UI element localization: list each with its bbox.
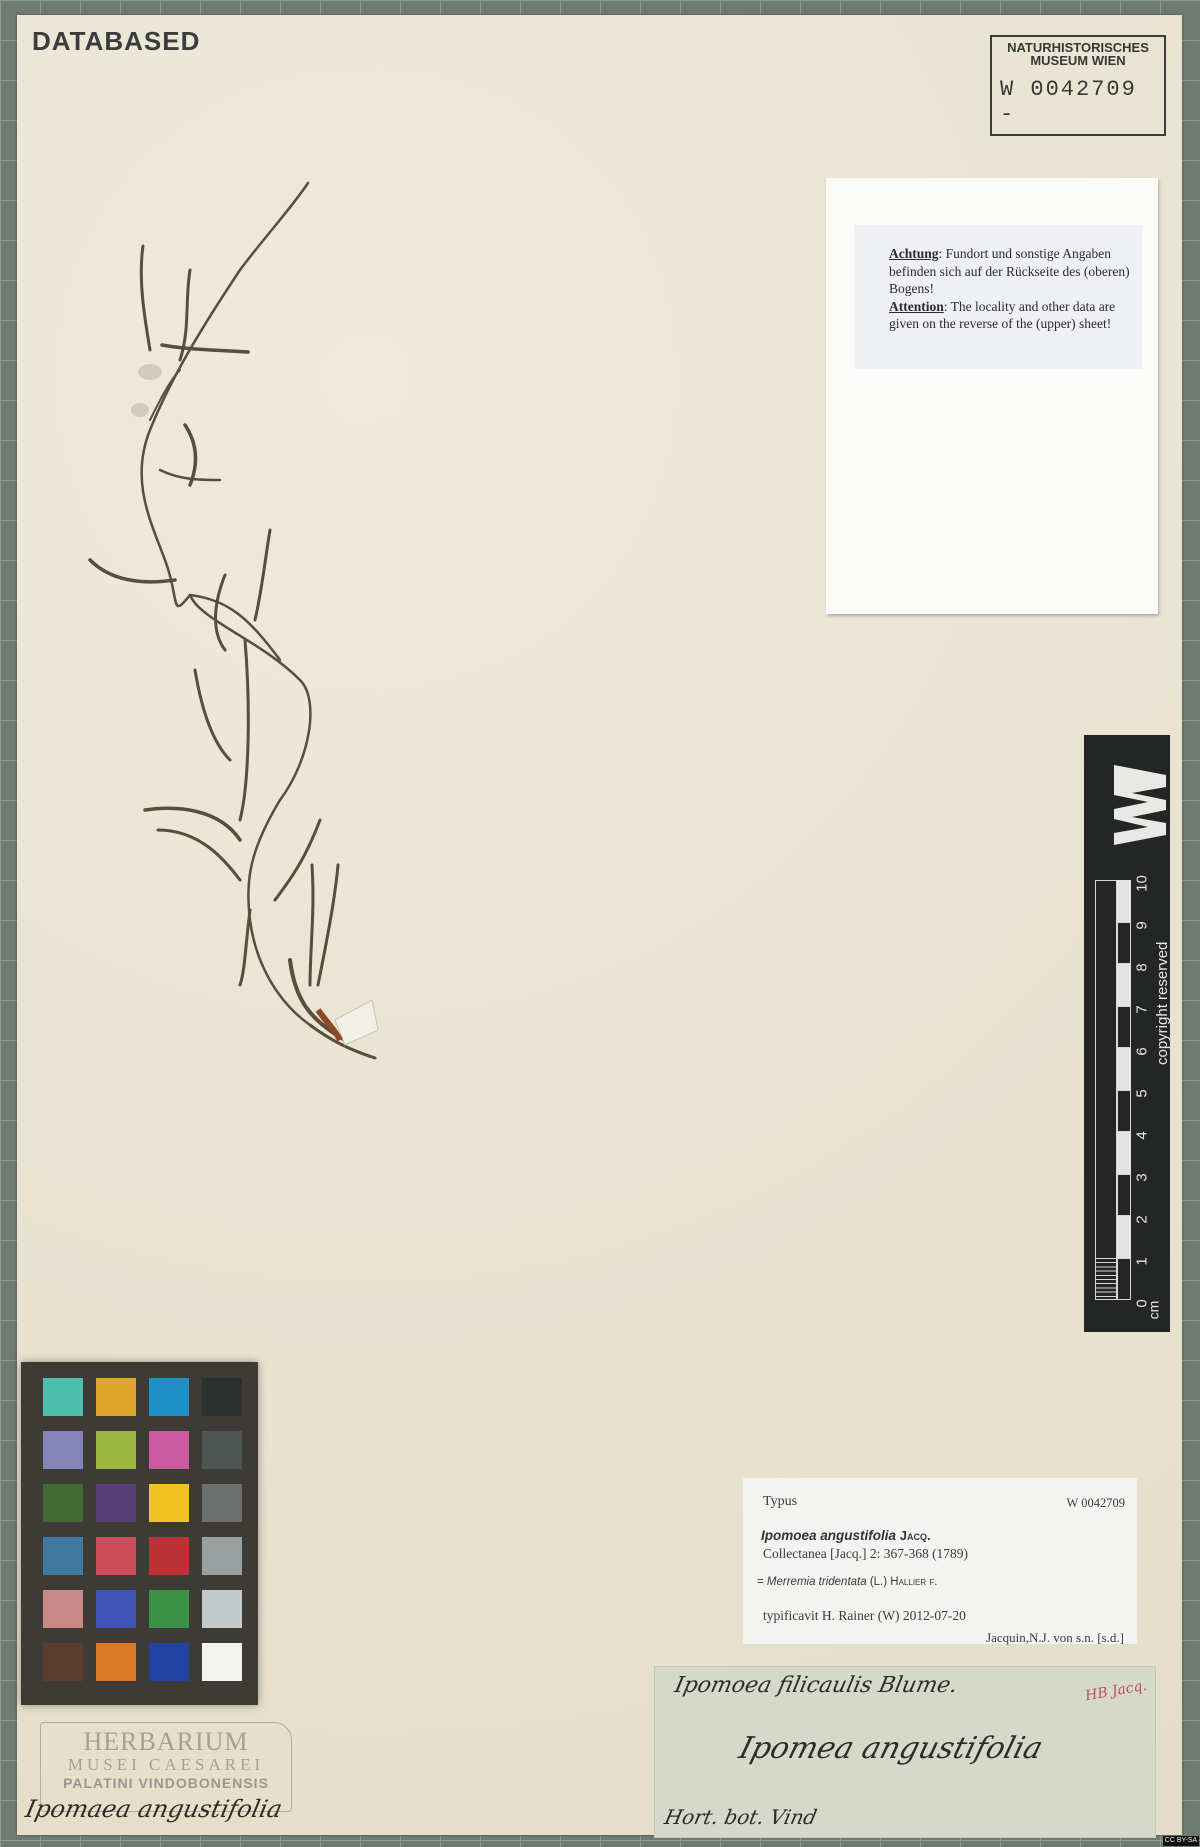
unit-label: cm	[1145, 1301, 1161, 1320]
color-swatch	[96, 1484, 136, 1522]
color-swatch	[202, 1484, 242, 1522]
ruler-tick-8: 8	[1134, 958, 1151, 978]
color-swatch	[96, 1537, 136, 1575]
ruler-tick-7: 7	[1134, 1000, 1151, 1020]
publication: Collectanea [Jacq.] 2: 367-368 (1789)	[763, 1546, 968, 1562]
color-swatch	[149, 1643, 189, 1681]
w-logo-icon	[1114, 765, 1166, 845]
typification: typificavit H. Rainer (W) 2012-07-20	[763, 1608, 966, 1624]
species-name: Ipomoea angustifolia Jacq.	[761, 1528, 931, 1543]
color-swatch	[149, 1431, 189, 1469]
ruler-tick-2: 2	[1134, 1210, 1151, 1230]
notice-text: Achtung: Fundort und sonstige Angaben be…	[889, 245, 1139, 333]
ruler-tick-5: 5	[1134, 1084, 1151, 1104]
herbarium-stamp-line3: PALATINI VINDOBONENSIS	[41, 1775, 291, 1791]
color-swatch	[202, 1643, 242, 1681]
species-author: Jacq.	[900, 1528, 931, 1543]
color-swatch	[202, 1537, 242, 1575]
ruler-tick-1: 1	[1134, 1252, 1151, 1272]
color-swatch	[149, 1484, 189, 1522]
color-swatch	[43, 1378, 83, 1416]
color-swatch	[43, 1537, 83, 1575]
notice-card: Achtung: Fundort und sonstige Angaben be…	[826, 178, 1158, 614]
attention-label: Attention	[889, 299, 944, 314]
color-swatch	[96, 1643, 136, 1681]
collector: Jacquin,N.J. von s.n. [s.d.]	[986, 1630, 1124, 1646]
ruler-tick-6: 6	[1134, 1042, 1151, 1062]
historic-label: Ipomoea filicaulis Blume. HB Jacq. Ipome…	[654, 1666, 1156, 1838]
color-swatch	[96, 1378, 136, 1416]
color-calibration-chart	[21, 1362, 258, 1705]
color-swatch	[149, 1590, 189, 1628]
ruler-tick-4: 4	[1134, 1126, 1151, 1146]
synonym: = Merremia tridentata (L.) Hallier f.	[757, 1576, 937, 1588]
ruler-tick-3: 3	[1134, 1168, 1151, 1188]
color-swatch	[149, 1378, 189, 1416]
type-label: Typus W 0042709 Ipomoea angustifolia Jac…	[743, 1478, 1137, 1644]
color-swatch	[96, 1590, 136, 1628]
specimen-number: W 0042709	[1067, 1496, 1125, 1511]
color-swatch	[43, 1643, 83, 1681]
scale-bar: 10 9 8 7 6 5 4 3 2 1 0 copyright reserve…	[1084, 735, 1170, 1332]
color-swatch	[202, 1590, 242, 1628]
color-swatch	[43, 1590, 83, 1628]
historic-label-line2: Ipomea angustifolia	[735, 1731, 1046, 1766]
color-swatch	[202, 1431, 242, 1469]
ruler-tick-9: 9	[1134, 916, 1151, 936]
color-swatch	[43, 1484, 83, 1522]
achtung-label: Achtung	[889, 246, 939, 261]
license-badge[interactable]: CC BY-SA	[1163, 1836, 1199, 1846]
type-status: Typus	[763, 1494, 797, 1510]
color-swatch	[43, 1431, 83, 1469]
handwritten-name: Ipomaea angustifolia	[23, 1795, 285, 1823]
color-swatch	[149, 1537, 189, 1575]
herbarium-stamp-line2: MUSEI CAESAREI	[41, 1755, 291, 1775]
ruler-tick-10: 10	[1134, 874, 1151, 894]
historic-label-line3: Hort. bot. Vind	[662, 1805, 819, 1829]
color-swatch	[96, 1431, 136, 1469]
ruler-scale	[1095, 880, 1131, 1300]
notice-label: Achtung: Fundort und sonstige Angaben be…	[854, 225, 1142, 369]
color-swatch	[202, 1378, 242, 1416]
herbarium-stamp-line1: HERBARIUM	[41, 1729, 291, 1755]
historic-label-red-note: HB Jacq.	[1084, 1678, 1148, 1705]
historic-label-line1: Ipomoea filicaulis Blume.	[672, 1673, 960, 1698]
copyright-text: copyright reserved	[1154, 885, 1171, 1065]
